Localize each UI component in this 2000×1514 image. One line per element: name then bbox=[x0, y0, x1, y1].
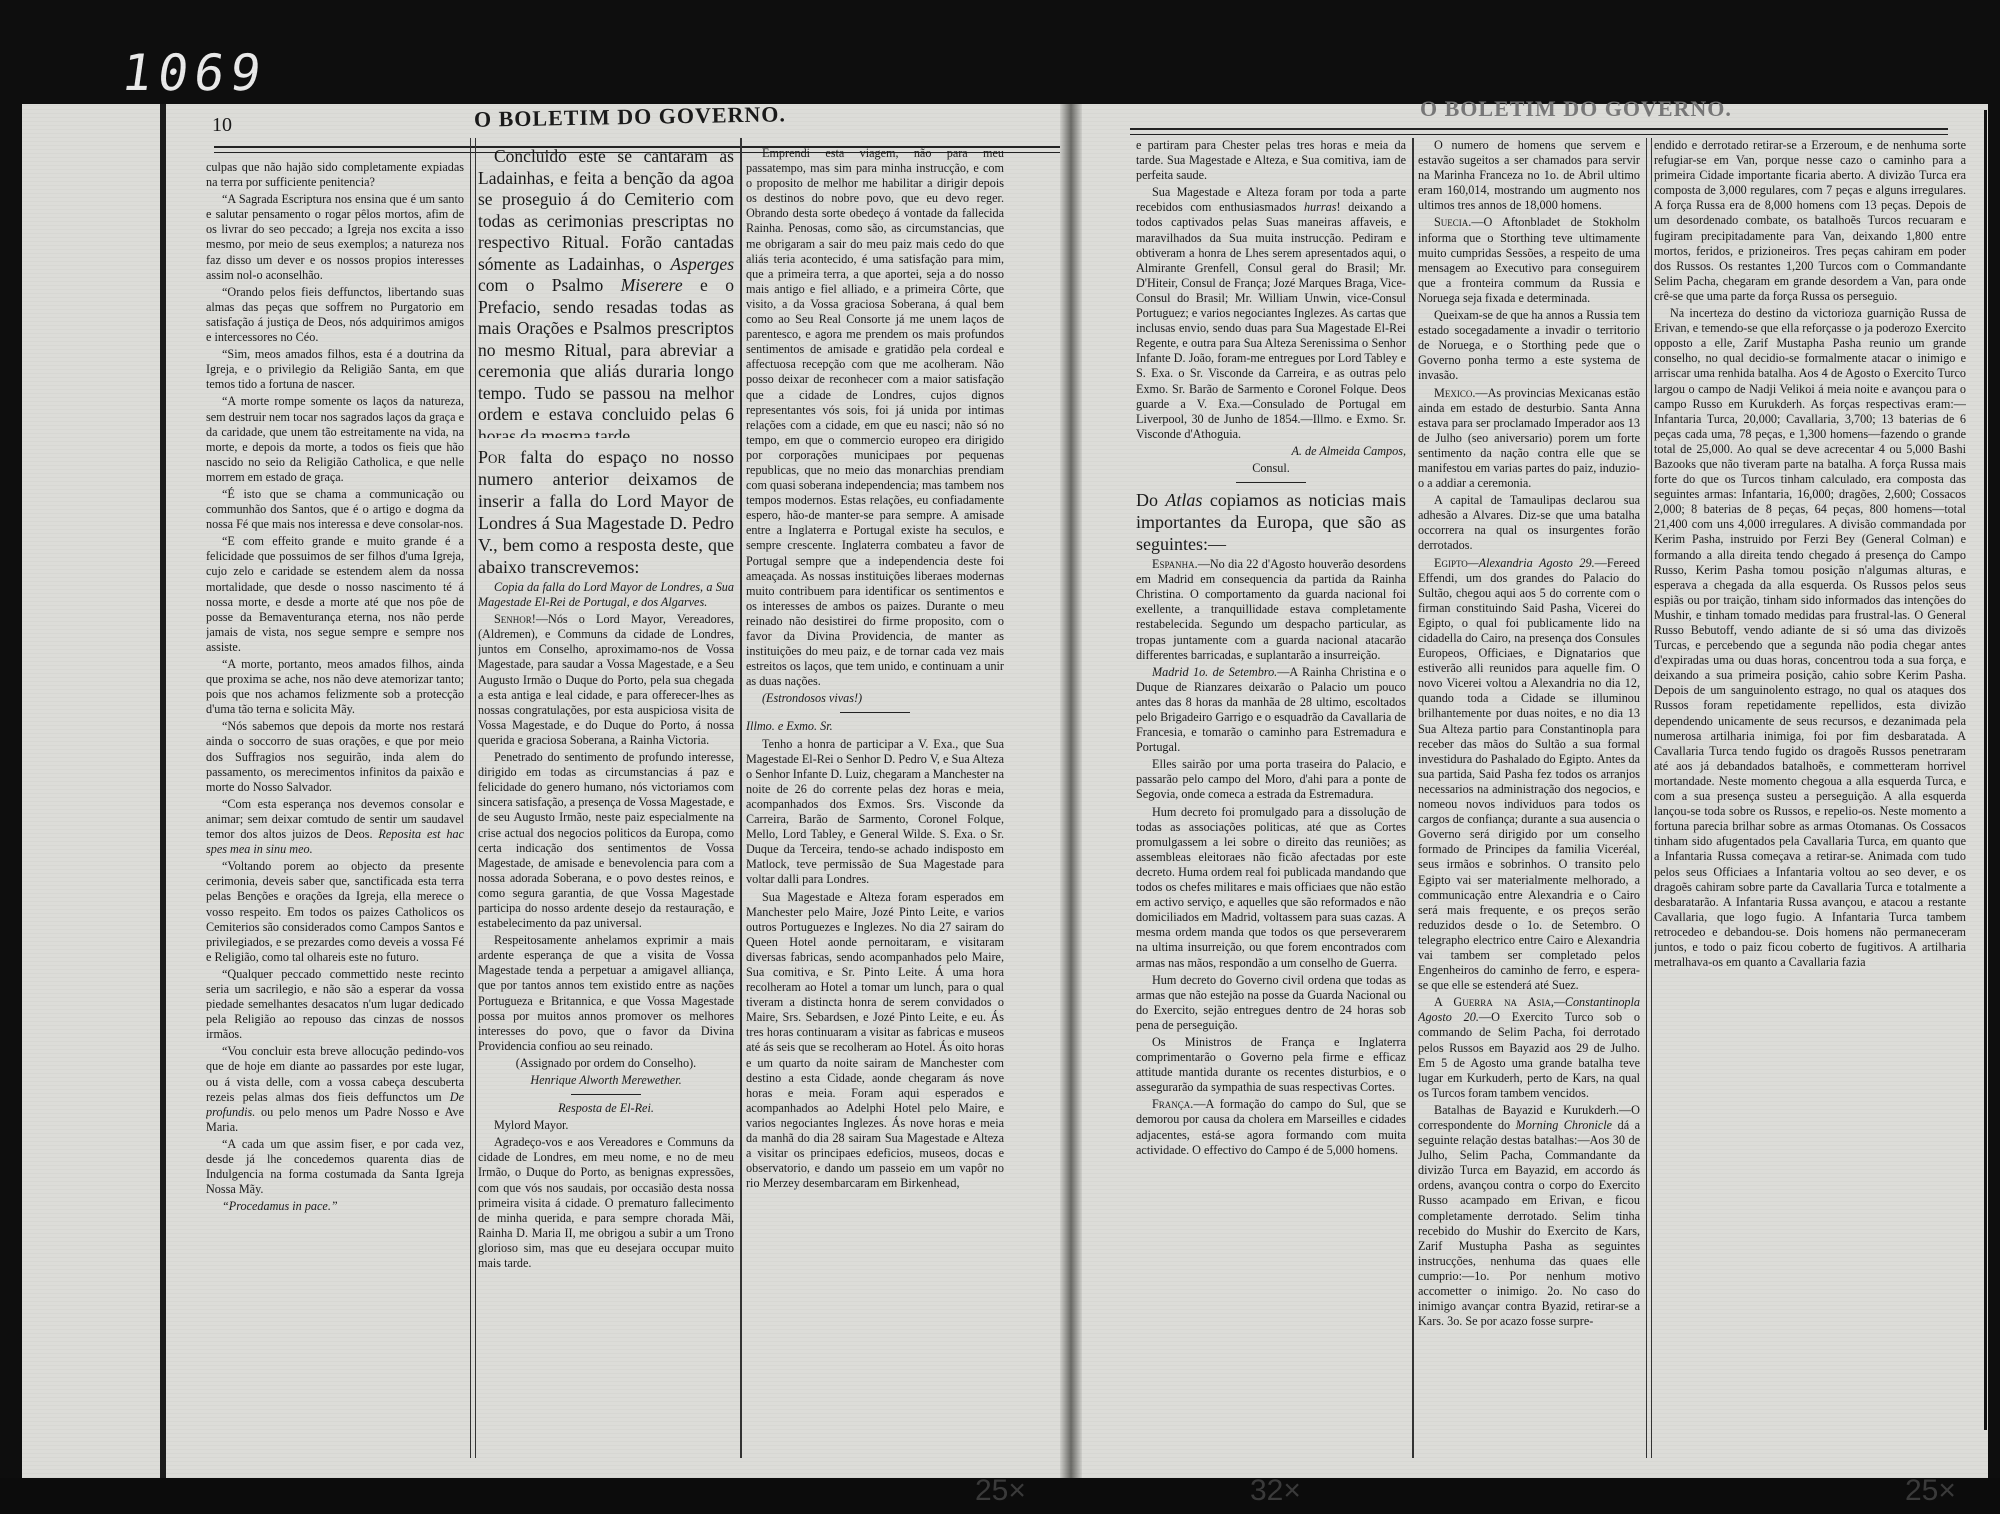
text: Do bbox=[1136, 490, 1158, 510]
right-page-column-1: e partiram para Chester pelas tres horas… bbox=[1136, 138, 1406, 1460]
paragraph: “E com effeito grande e muito grande é a… bbox=[206, 534, 464, 655]
paragraph: Batalhas de Bayazid e Kurukderh.—O corre… bbox=[1418, 1103, 1640, 1329]
paragraph: “A morte rompe somente os laços da natur… bbox=[206, 394, 464, 485]
masthead-rule-right bbox=[1130, 128, 1948, 135]
paragraph: Penetrado do sentimento de profundo inte… bbox=[478, 750, 734, 931]
film-reduction-mark: 25× bbox=[1905, 1474, 1956, 1508]
paragraph: Tenho a honra de participar a V. Exa., q… bbox=[746, 737, 1004, 888]
page-gutter bbox=[1060, 104, 1082, 1484]
publication-name: Atlas bbox=[1165, 490, 1202, 510]
paragraph: Mexico.—As provincias Mexicanas estão ai… bbox=[1418, 386, 1640, 492]
paragraph: Egipto—Alexandria Agosto 29.—Fereed Effe… bbox=[1418, 556, 1640, 994]
masthead-right: O BOLETIM DO GOVERNO. bbox=[1420, 96, 1732, 122]
country-heading: Suecia. bbox=[1434, 215, 1471, 229]
section-intro: Do Atlas copiamos as noticias mais impor… bbox=[1136, 489, 1406, 555]
column-divider bbox=[470, 138, 476, 1458]
left-film-border bbox=[160, 104, 166, 1484]
paragraph: “Com esta esperança nos devemos consolar… bbox=[206, 797, 464, 857]
paragraph: Emprendi esta viagem, não para meu passa… bbox=[746, 146, 1004, 689]
signature-name: A. de Almeida Campos, bbox=[1136, 444, 1406, 459]
paragraph: “Orando pelos fieis deffunctos, libertan… bbox=[206, 285, 464, 345]
paragraph: Senhor!—Nós o Lord Mayor, Vereadores, (A… bbox=[478, 612, 734, 748]
text: —Nós o Lord Mayor, Vereadores, (Aldremen… bbox=[478, 612, 734, 747]
country-heading: França. bbox=[1152, 1097, 1193, 1111]
paragraph: culpas que não hajão sido completamente … bbox=[206, 160, 464, 190]
section-heading: Resposta de El-Rei. bbox=[478, 1101, 734, 1116]
italic-term: Miserere bbox=[621, 275, 683, 295]
text: —No dia 22 d'Agosto houverão desordens e… bbox=[1136, 557, 1406, 662]
paragraph: Hum decreto foi promulgado para a dissol… bbox=[1136, 805, 1406, 971]
paragraph: “Qualquer peccado commettido neste recin… bbox=[206, 967, 464, 1042]
left-page-column-2-intro: Por falta do espaço no nosso numero ante… bbox=[478, 446, 734, 576]
signature-note: (Assignado por ordem do Conselho). bbox=[478, 1056, 734, 1071]
paragraph: e partiram para Chester pelas tres horas… bbox=[1136, 138, 1406, 183]
paragraph: Na incerteza do destino da victorioza gu… bbox=[1654, 306, 1966, 970]
text: falta do espaço no nosso numero anterior… bbox=[478, 447, 734, 576]
left-page-column-3: Emprendi esta viagem, não para meu passa… bbox=[746, 146, 1004, 1460]
left-page-column-2-lead: Concluido este se cantaram as Ladainhas,… bbox=[478, 146, 734, 438]
country-heading: Mexico. bbox=[1434, 386, 1475, 400]
paragraph: França.—A formação do campo do Sul, que … bbox=[1136, 1097, 1406, 1157]
column-divider bbox=[740, 138, 742, 1458]
paragraph: Hum decreto do Governo civil ordena que … bbox=[1136, 973, 1406, 1033]
text: “Vou concluir esta breve allocução pedin… bbox=[206, 1044, 464, 1103]
page-number: 10 bbox=[212, 114, 232, 137]
paragraph: “A morte, portanto, meos amados filhos, … bbox=[206, 657, 464, 717]
right-page-column-3: endido e derrotado retirar-se a Erzeroum… bbox=[1654, 138, 1966, 1460]
right-page-column-2: O numero de homens que servem e estavão … bbox=[1418, 138, 1640, 1460]
text: dá a seguinte relação destas batalhas:—A… bbox=[1418, 1118, 1640, 1328]
signature-name: Henrique Alworth Merewether. bbox=[478, 1073, 734, 1088]
section-rule bbox=[1236, 482, 1306, 483]
paragraph: endido e derrotado retirar-se a Erzeroum… bbox=[1654, 138, 1966, 304]
italic-term: Asperges bbox=[671, 254, 735, 274]
paragraph: Sua Magestade e Alteza foram por toda a … bbox=[1136, 185, 1406, 442]
text: e o Prefacio, sendo resadas todas as mai… bbox=[478, 275, 734, 438]
paragraph: A capital de Tamaulipas declarou sua adh… bbox=[1418, 493, 1640, 553]
paragraph: “A Sagrada Escriptura nos ensina que é u… bbox=[206, 192, 464, 283]
film-reel-number: 1069 bbox=[118, 44, 271, 102]
paragraph: Concluido este se cantaram as Ladainhas,… bbox=[478, 146, 734, 438]
dateline: Madrid 1o. de Setembro. bbox=[1152, 665, 1277, 679]
country-heading: Espanha. bbox=[1152, 557, 1198, 571]
section-heading: A Guerra na Asia, bbox=[1434, 995, 1554, 1009]
left-page-column-1: culpas que não hajão sido completamente … bbox=[206, 160, 464, 1460]
paragraph: “Voltando porem ao objecto da presente c… bbox=[206, 859, 464, 965]
paragraph: Sua Magestade e Alteza foram esperados e… bbox=[746, 890, 1004, 1192]
country-heading: Egipto bbox=[1434, 556, 1468, 570]
paragraph: O numero de homens que servem e estavão … bbox=[1418, 138, 1640, 213]
signature-title: Consul. bbox=[1136, 461, 1406, 476]
paragraph: Agradeço-vos e aos Vereadores e Communs … bbox=[478, 1135, 734, 1271]
text: com o Psalmo bbox=[478, 275, 603, 295]
column-divider bbox=[1412, 138, 1414, 1458]
paragraph: “Sim, meos amados filhos, esta é a doutr… bbox=[206, 347, 464, 392]
text: —Fereed Effendi, um dos grandes do Palac… bbox=[1418, 556, 1640, 993]
paragraph: “Nós sabemos que depois da morte nos res… bbox=[206, 719, 464, 794]
paragraph: Respeitosamente anhelamos exprimir a mai… bbox=[478, 933, 734, 1054]
paragraph: “Vou concluir esta breve allocução pedin… bbox=[206, 1044, 464, 1135]
left-page-column-2-body: Copia da falla do Lord Mayor de Londres,… bbox=[478, 580, 734, 1460]
letter-salutation: Illmo. e Exmo. Sr. bbox=[746, 719, 1004, 734]
film-reduction-mark: 32× bbox=[1250, 1474, 1301, 1508]
paragraph: “É isto que se chama a communicação ou c… bbox=[206, 487, 464, 532]
paragraph: Espanha.—No dia 22 d'Agosto houverão des… bbox=[1136, 557, 1406, 663]
section-rule bbox=[571, 1094, 641, 1095]
paragraph: Madrid 1o. de Setembro.—A Rainha Christi… bbox=[1136, 665, 1406, 756]
paragraph: Queixam-se de que ha annos a Russia tem … bbox=[1418, 308, 1640, 383]
lead-word: Senhor! bbox=[494, 612, 536, 626]
paragraph: A Guerra na Asia,—Constantinopla Agosto … bbox=[1418, 995, 1640, 1101]
applause-note: (Estrondosos vivas!) bbox=[746, 691, 1004, 706]
italic-term: hurras bbox=[1304, 200, 1337, 214]
text: ! deixando a todos captivados pelas Suas… bbox=[1136, 200, 1406, 440]
text: —As provincias Mexicanas estão ainda em … bbox=[1418, 386, 1640, 491]
column-divider bbox=[1646, 138, 1652, 1458]
paragraph: Por falta do espaço no nosso numero ante… bbox=[478, 446, 734, 576]
film-reduction-mark: 25× bbox=[975, 1474, 1026, 1508]
masthead-left: O BOLETIM DO GOVERNO. bbox=[474, 101, 786, 132]
section-rule bbox=[840, 712, 910, 713]
lead-word: Por bbox=[478, 447, 506, 467]
dateline: —Alexandria Agosto 29. bbox=[1468, 556, 1595, 570]
paragraph: Os Ministros de França e Inglaterra comp… bbox=[1136, 1035, 1406, 1095]
publication-name: Morning Chronicle bbox=[1516, 1118, 1612, 1132]
paragraph: Suecia.—O Aftonbladet de Stokholm inform… bbox=[1418, 215, 1640, 306]
salutation: Mylord Mayor. bbox=[478, 1118, 734, 1133]
paragraph: Elles sairão por uma porta traseira do P… bbox=[1136, 757, 1406, 802]
paragraph: “A cada um que assim fiser, e por cada v… bbox=[206, 1137, 464, 1197]
right-film-border bbox=[1984, 110, 1987, 1430]
section-heading: Copia da falla do Lord Mayor de Londres,… bbox=[478, 580, 734, 610]
closing-quote: “Procedamus in pace.” bbox=[206, 1199, 464, 1214]
